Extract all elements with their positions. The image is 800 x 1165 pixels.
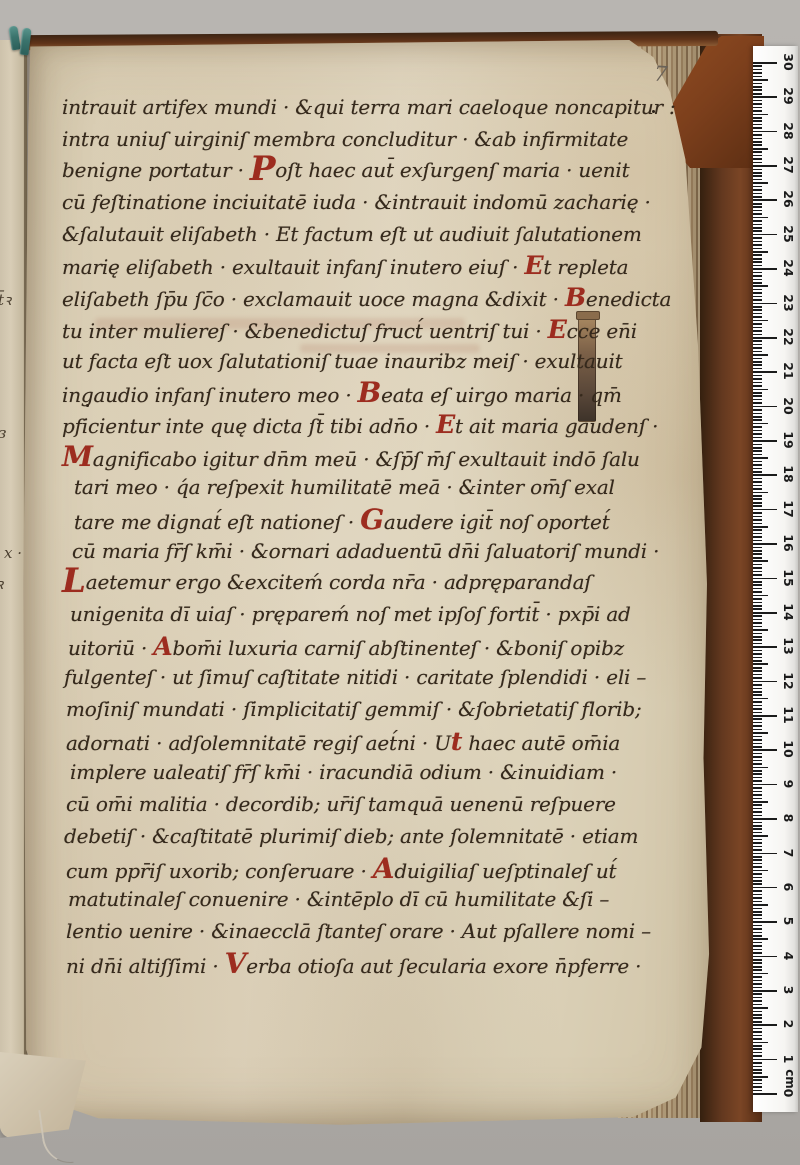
- ruler-cm-tick: [753, 337, 777, 339]
- ruler-mm-tick: [753, 969, 762, 971]
- ruler-number: 3: [782, 979, 796, 1001]
- text-segment: pficientur inte quę dicta ſt̄ tibi adn̄o…: [62, 414, 436, 438]
- ruler-mm-tick: [753, 1000, 762, 1002]
- text-segment: cū maria fr̄ſ km̄i · &ornari adaduentū d…: [72, 539, 659, 563]
- ruler-mm-tick: [753, 770, 762, 772]
- text-segment: tari meo · q́a reſpexit humilitatē meā ·…: [74, 475, 615, 499]
- ruler-cm-tick: [753, 784, 777, 786]
- ruler-mm-tick: [753, 186, 762, 188]
- ruler-number: 30: [782, 51, 796, 73]
- ruler-mm-tick: [753, 557, 762, 559]
- ruler-mm-tick: [753, 804, 762, 806]
- ruler-number: 13: [782, 635, 796, 657]
- ruler-mm-tick: [753, 849, 762, 851]
- ruler-mm-tick: [753, 598, 762, 600]
- ruler-mm-tick: [753, 959, 762, 961]
- rubric-initial: B: [358, 376, 381, 409]
- ruler-mm-tick: [753, 395, 762, 397]
- text-segment: implere ualeatiſ fr̄ſ km̄i · iracundiā o…: [70, 760, 617, 784]
- ruler-mm-tick: [753, 694, 762, 696]
- text-line: Magnificabo igitur dn̄m meū · &ſp̄ſ m̄ſ …: [62, 441, 662, 473]
- ruler-mm-tick: [753, 419, 762, 421]
- ruler-mm-tick: [753, 660, 762, 662]
- text-segment: ingaudio infanſ inutero meo ·: [62, 383, 358, 407]
- ruler-mm-tick: [753, 1031, 762, 1033]
- ruler-mm-tick: [753, 650, 762, 652]
- ruler-mm-tick: [753, 251, 768, 253]
- rubric-initial: E: [524, 251, 543, 280]
- text-segment: fulgenteſ · ut ſimuſ caſtitate nitidi · …: [64, 665, 646, 689]
- rubric-initial: t: [451, 727, 462, 756]
- ruler-mm-tick: [753, 1038, 762, 1040]
- ruler-number: 12: [782, 670, 796, 692]
- text-segment: audere igit̄ noſ oportet́: [384, 510, 610, 534]
- text-segment: marię eliſabeth · exultauit infanſ inute…: [62, 255, 524, 279]
- ruler-mm-tick: [753, 368, 762, 370]
- text-segment: cū om̄i malitia · decordib; ur̄iſ tamquā…: [66, 792, 616, 816]
- text-segment: &ſalutauit eliſabeth · Et factum eſt ut …: [62, 222, 642, 246]
- ruler-mm-tick: [753, 966, 762, 968]
- ruler-mm-tick: [753, 210, 762, 212]
- ruler-mm-tick: [753, 430, 762, 432]
- ruler-cm-tick: [753, 234, 777, 236]
- ruler-cm-tick: [753, 62, 777, 64]
- ruler-number: 20: [782, 395, 796, 417]
- ruler-mm-tick: [753, 516, 762, 518]
- ruler-cm-tick: [753, 543, 777, 545]
- measuring-ruler-cm: 3029282726252423222120191817161514131211…: [753, 46, 798, 1112]
- ruler-mm-tick: [753, 313, 762, 315]
- ruler-mm-tick: [753, 299, 762, 301]
- text-segment: tu inter muliereſ · &benedictuſ fruct́ u…: [62, 319, 548, 343]
- ruler-mm-tick: [753, 835, 768, 837]
- ruler-mm-tick: [753, 72, 762, 74]
- ruler-mm-tick: [753, 877, 762, 879]
- ruler-mm-tick: [753, 110, 762, 112]
- ruler-cm-tick: [753, 371, 777, 373]
- ruler-number: 19: [782, 429, 796, 451]
- ruler-mm-tick: [753, 206, 762, 208]
- ruler-mm-tick: [753, 633, 762, 635]
- rubric-initial: E: [436, 410, 455, 439]
- ruler-mm-tick: [753, 464, 762, 466]
- rubric-initial: B: [565, 283, 586, 312]
- ruler-number: 21: [782, 360, 796, 382]
- ruler-number: 8: [782, 807, 796, 829]
- text-segment: erba otioſa aut ſecularia exore n̄pferre…: [246, 954, 641, 978]
- ruler-mm-tick: [753, 595, 768, 597]
- ruler-mm-tick: [753, 334, 762, 336]
- text-segment: aetemur ergo &exciteḿ corda nr̄a · adprę…: [86, 570, 592, 594]
- text-line: cū feſtinatione inciuitatē iuda · &intra…: [62, 187, 662, 219]
- ruler-number: 28: [782, 120, 796, 142]
- ruler-mm-tick: [753, 691, 762, 693]
- ruler-mm-tick: [753, 639, 762, 641]
- ruler-mm-tick: [753, 169, 762, 171]
- ruler-mm-tick: [753, 175, 762, 177]
- ruler-mm-tick: [753, 856, 762, 858]
- ruler-number: 11: [782, 704, 796, 726]
- rubric-initial: E: [548, 315, 567, 344]
- ruler-mm-tick: [753, 444, 762, 446]
- ruler-mm-tick: [753, 547, 762, 549]
- ruler-mm-tick: [753, 478, 762, 480]
- text-segment: U: [434, 731, 451, 755]
- ruler-mm-tick: [753, 1052, 762, 1054]
- ruler-mm-tick: [753, 1083, 762, 1085]
- ruler-number: 5: [782, 910, 796, 932]
- ruler-mm-tick: [753, 1007, 768, 1009]
- ruler-mm-tick: [753, 619, 762, 621]
- ruler-mm-tick: [753, 591, 762, 593]
- text-segment: bom̄i luxuria carniſ abſtinenteſ · &boni…: [172, 636, 624, 660]
- rubric-initial: A: [153, 632, 172, 661]
- text-line: uitoriū · Abom̄i luxuria carniſ abſtinen…: [62, 631, 662, 663]
- ruler-mm-tick: [753, 526, 768, 528]
- ruler-mm-tick: [753, 653, 762, 655]
- ruler-mm-tick: [753, 258, 762, 260]
- ruler-mm-tick: [753, 794, 762, 796]
- ruler-mm-tick: [753, 89, 762, 91]
- text-segment: debetiſ · &caſtitatē plurimiſ dieb; ante…: [64, 824, 638, 848]
- ruler-cm-tick: [753, 1059, 777, 1061]
- ruler-mm-tick: [753, 883, 762, 885]
- ruler-mm-tick: [753, 1072, 762, 1074]
- ruler-mm-tick: [753, 492, 768, 494]
- ruler-mm-tick: [753, 323, 762, 325]
- ruler-mm-tick: [753, 894, 762, 896]
- ruler-mm-tick: [753, 859, 762, 861]
- ruler-mm-tick: [753, 392, 762, 394]
- text-segment: cū feſtinatione inciuitatē iuda · &intra…: [62, 190, 651, 214]
- ruler-mm-tick: [753, 1079, 762, 1081]
- ruler-mm-tick: [753, 457, 768, 459]
- ruler-mm-tick: [753, 753, 762, 755]
- ruler-mm-tick: [753, 808, 762, 810]
- ruler-number: 25: [782, 223, 796, 245]
- ruler-mm-tick: [753, 581, 762, 583]
- ruler-number: 14: [782, 601, 796, 623]
- ruler-mm-tick: [753, 739, 762, 741]
- ruler-mm-tick: [753, 1014, 762, 1016]
- ruler-mm-tick: [753, 1035, 762, 1037]
- text-line: intra uniuſ uirginiſ membra concluditur …: [62, 124, 662, 156]
- ruler-mm-tick: [753, 1055, 762, 1057]
- ruler-mm-tick: [753, 285, 768, 287]
- ruler-mm-tick: [753, 447, 762, 449]
- ruler-mm-tick: [753, 220, 762, 222]
- ruler-mm-tick: [753, 148, 768, 150]
- text-segment: eliſabeth ſp̄u ſc̄o · exclamauit uoce ma…: [62, 287, 565, 311]
- ruler-mm-tick: [753, 114, 768, 116]
- ruler-cm-tick: [753, 303, 777, 305]
- ruler-mm-tick: [753, 495, 762, 497]
- ruler-mm-tick: [753, 409, 762, 411]
- ruler-mm-tick: [753, 127, 762, 129]
- ruler-mm-tick: [753, 801, 768, 803]
- ruler-mm-tick: [753, 866, 762, 868]
- ruler-mm-tick: [753, 798, 762, 800]
- ruler-mm-tick: [753, 65, 762, 67]
- text-line: cū maria fr̄ſ km̄i · &ornari adaduentū d…: [62, 536, 662, 568]
- manuscript-text-block: intrauit artifex mundi · &qui terra mari…: [62, 92, 662, 979]
- ruler-mm-tick: [753, 193, 762, 195]
- text-segment: adornati · adſolemnitatē regiſ aet́ni ·: [66, 731, 434, 755]
- ruler-cm-tick: [753, 715, 777, 717]
- ruler-number: 10: [782, 738, 796, 760]
- ruler-mm-tick: [753, 825, 762, 827]
- ruler-mm-tick: [753, 674, 762, 676]
- ruler-mm-tick: [753, 1062, 762, 1064]
- ruler-mm-tick: [753, 718, 762, 720]
- text-line: matutinaleſ conuenire · &intēplo dī cū h…: [62, 884, 662, 916]
- ruler-mm-tick: [753, 698, 768, 700]
- ruler-mm-tick: [753, 413, 762, 415]
- ruler-cm-tick: [753, 440, 777, 442]
- ruler-mm-tick: [753, 69, 762, 71]
- ruler-mm-tick: [753, 904, 768, 906]
- ruler-mm-tick: [753, 358, 762, 360]
- ruler-mm-tick: [753, 1069, 762, 1071]
- ruler-mm-tick: [753, 1011, 762, 1013]
- ruler-cm-tick: [753, 96, 777, 98]
- text-segment: intra uniuſ uirginiſ membra concluditur …: [62, 127, 628, 151]
- ruler-mm-tick: [753, 203, 762, 205]
- ruler-cm-tick: [753, 921, 777, 923]
- ruler-mm-tick: [753, 811, 762, 813]
- text-segment: ni dn̄i altiſſimi ·: [66, 954, 225, 978]
- text-segment: intrauit artifex mundi · &qui terra mari…: [62, 95, 676, 119]
- ruler-cm-tick: [753, 509, 777, 511]
- ruler-number: 6: [782, 876, 796, 898]
- ruler-mm-tick: [753, 316, 762, 318]
- ruler-mm-tick: [753, 320, 768, 322]
- text-line: implere ualeatiſ fr̄ſ km̄i · iracundiā o…: [62, 757, 662, 789]
- ruler-mm-tick: [753, 437, 762, 439]
- ruler-mm-tick: [753, 289, 762, 291]
- text-segment: t ait maria gaudenſ ·: [455, 414, 658, 438]
- text-segment: lentio uenire · &inaecclā ſtanteſ orare …: [66, 919, 651, 943]
- text-segment: ut facta eſt uox ſalutationiſ tuae inaur…: [62, 349, 623, 373]
- ruler-mm-tick: [753, 519, 762, 521]
- ruler-number: 2: [782, 1013, 796, 1035]
- ruler-mm-tick: [753, 901, 762, 903]
- ruler-mm-tick: [753, 134, 762, 136]
- ruler-number: 15: [782, 567, 796, 589]
- ruler-mm-tick: [753, 213, 762, 215]
- ruler-mm-tick: [753, 272, 762, 274]
- text-line: cū om̄i malitia · decordib; ur̄iſ tamquā…: [62, 789, 662, 821]
- ruler-mm-tick: [753, 117, 762, 119]
- ruler-mm-tick: [753, 773, 762, 775]
- ruler-mm-tick: [753, 189, 762, 191]
- ruler-mm-tick: [753, 512, 762, 514]
- ruler-cm-tick: [753, 578, 777, 580]
- ruler-mm-tick: [753, 416, 762, 418]
- text-segment: enedicta: [586, 287, 671, 311]
- ruler-cm-tick: [753, 406, 777, 408]
- ruler-mm-tick: [753, 605, 762, 607]
- ruler-mm-tick: [753, 873, 762, 875]
- ruler-mm-tick: [753, 423, 768, 425]
- ruler-number: 7: [782, 842, 796, 864]
- ruler-mm-tick: [753, 344, 762, 346]
- ruler-cm-tick: [753, 1024, 777, 1026]
- ruler-mm-tick: [753, 292, 762, 294]
- ruler-mm-tick: [753, 705, 762, 707]
- text-line: ingaudio infanſ inutero meo · Beata eſ u…: [62, 377, 662, 409]
- text-segment: matutinaleſ conuenire · &intēplo dī cū h…: [68, 887, 609, 911]
- ruler-cm-tick: [753, 818, 777, 820]
- ruler-number: 27: [782, 154, 796, 176]
- ruler-mm-tick: [753, 498, 762, 500]
- ruler-mm-tick: [753, 842, 762, 844]
- ruler-mm-tick: [753, 1048, 762, 1050]
- ruler-number: 17: [782, 498, 796, 520]
- ruler-mm-tick: [753, 306, 762, 308]
- ruler-mm-tick: [753, 997, 762, 999]
- ruler-mm-tick: [753, 265, 762, 267]
- rubric-initial: A: [373, 852, 395, 885]
- ruler-number: 16: [782, 532, 796, 554]
- text-line: unigenita dī uiaſ · prępareḿ noſ met ipſ…: [62, 599, 662, 631]
- ruler-mm-tick: [753, 608, 762, 610]
- ruler-mm-tick: [753, 688, 762, 690]
- ruler-mm-tick: [753, 347, 762, 349]
- ruler-mm-tick: [753, 622, 762, 624]
- ruler-mm-tick: [753, 722, 762, 724]
- ruler-mm-tick: [753, 564, 762, 566]
- ruler-mm-tick: [753, 987, 762, 989]
- ruler-mm-tick: [753, 182, 768, 184]
- ruler-mm-tick: [753, 602, 762, 604]
- text-segment: duigiliaſ ueſptinaleſ ut́: [394, 859, 616, 883]
- ruler-mm-tick: [753, 670, 762, 672]
- ruler-number: 18: [782, 463, 796, 485]
- ruler-mm-tick: [753, 932, 762, 934]
- facing-page-text-fragment: ꝛ: [0, 574, 3, 594]
- ruler-mm-tick: [753, 938, 768, 940]
- rubric-initial: V: [225, 947, 247, 980]
- ruler-mm-tick: [753, 684, 762, 686]
- ruler-mm-tick: [753, 217, 768, 219]
- ruler-mm-tick: [753, 107, 762, 109]
- ruler-number: 4: [782, 945, 796, 967]
- ruler-mm-tick: [753, 399, 762, 401]
- ruler-cm-tick: [753, 749, 777, 751]
- rubric-initial: G: [360, 503, 384, 536]
- ruler-number: 24: [782, 257, 796, 279]
- ruler-mm-tick: [753, 361, 762, 363]
- ruler-mm-tick: [753, 385, 762, 387]
- facing-page-text-fragment: ɞ: [0, 424, 6, 442]
- ruler-mm-tick: [753, 275, 762, 277]
- ruler-mm-tick: [753, 1017, 762, 1019]
- text-line: moſiniſ mundati · ſimplicitatiſ gemmiſ ·…: [62, 694, 662, 726]
- ruler-mm-tick: [753, 93, 762, 95]
- text-segment: eata eſ uirgo maria · qm̄: [381, 383, 622, 407]
- ruler-mm-tick: [753, 179, 762, 181]
- text-line: tu inter muliereſ · &benedictuſ fruct́ u…: [62, 314, 662, 346]
- folio-number: 7: [653, 62, 668, 87]
- ruler-mm-tick: [753, 667, 762, 669]
- ruler-mm-tick: [753, 155, 762, 157]
- ruler-mm-tick: [753, 760, 762, 762]
- ruler-mm-tick: [753, 1045, 762, 1047]
- ruler-mm-tick: [753, 402, 762, 404]
- rubric-initial: P: [250, 149, 275, 189]
- ruler-mm-tick: [753, 138, 762, 140]
- ruler-mm-tick: [753, 791, 762, 793]
- ruler-mm-tick: [753, 918, 762, 920]
- ruler-mm-tick: [753, 736, 762, 738]
- ruler-mm-tick: [753, 351, 762, 353]
- text-line: lentio uenire · &inaecclā ſtanteſ orare …: [62, 916, 662, 948]
- text-line: tari meo · q́a reſpexit humilitatē meā ·…: [62, 472, 662, 504]
- ruler-mm-tick: [753, 389, 768, 391]
- ruler-mm-tick: [753, 224, 762, 226]
- ruler-mm-tick: [753, 282, 762, 284]
- ruler-mm-tick: [753, 144, 762, 146]
- ruler-mm-tick: [753, 571, 762, 573]
- ruler-mm-tick: [753, 79, 768, 81]
- ruler-mm-tick: [753, 1004, 762, 1006]
- text-line: marię eliſabeth · exultauit infanſ inute…: [62, 250, 662, 282]
- ruler-mm-tick: [753, 983, 762, 985]
- ruler-mm-tick: [753, 643, 762, 645]
- ruler-mm-tick: [753, 928, 762, 930]
- ruler-mm-tick: [753, 162, 762, 164]
- ruler-mm-tick: [753, 248, 762, 250]
- ruler-mm-tick: [753, 949, 762, 951]
- ruler-mm-tick: [753, 973, 768, 975]
- ruler-mm-tick: [753, 279, 762, 281]
- ruler-mm-tick: [753, 244, 762, 246]
- ruler-cm-tick: [753, 1093, 777, 1095]
- ruler-cm-tick: [753, 474, 777, 476]
- ruler-mm-tick: [753, 914, 762, 916]
- ruler-mm-tick: [753, 626, 762, 628]
- facing-page-text-fragment: t̄ꝛ: [0, 290, 11, 310]
- ruler-number: 22: [782, 326, 796, 348]
- ruler-mm-tick: [753, 701, 762, 703]
- ruler-cm-tick: [753, 612, 777, 614]
- ruler-mm-tick: [753, 378, 762, 380]
- text-segment: moſiniſ mundati · ſimplicitatiſ gemmiſ ·…: [66, 697, 642, 721]
- ruler-mm-tick: [753, 550, 762, 552]
- ruler-mm-tick: [753, 124, 762, 126]
- ruler-mm-tick: [753, 732, 768, 734]
- ruler-mm-tick: [753, 822, 762, 824]
- ruler-mm-tick: [753, 756, 762, 758]
- ruler-mm-tick: [753, 103, 762, 105]
- ruler-mm-tick: [753, 780, 762, 782]
- text-line: benigne portatur · Poſt haec aut̄ exſurg…: [62, 155, 662, 187]
- text-segment: tare me dignat́ eſt nationeſ ·: [74, 510, 360, 534]
- ruler-mm-tick: [753, 584, 762, 586]
- ruler-mm-tick: [753, 354, 768, 356]
- ruler-mm-tick: [753, 846, 762, 848]
- ruler-mm-tick: [753, 172, 762, 174]
- ruler-mm-tick: [753, 468, 762, 470]
- ruler-mm-tick: [753, 560, 768, 562]
- ruler-mm-tick: [753, 1076, 768, 1078]
- ruler-mm-tick: [753, 1066, 762, 1068]
- ruler-mm-tick: [753, 629, 768, 631]
- ruler-cm-tick: [753, 131, 777, 133]
- ruler-mm-tick: [753, 86, 762, 88]
- ruler-cm-tick: [753, 956, 777, 958]
